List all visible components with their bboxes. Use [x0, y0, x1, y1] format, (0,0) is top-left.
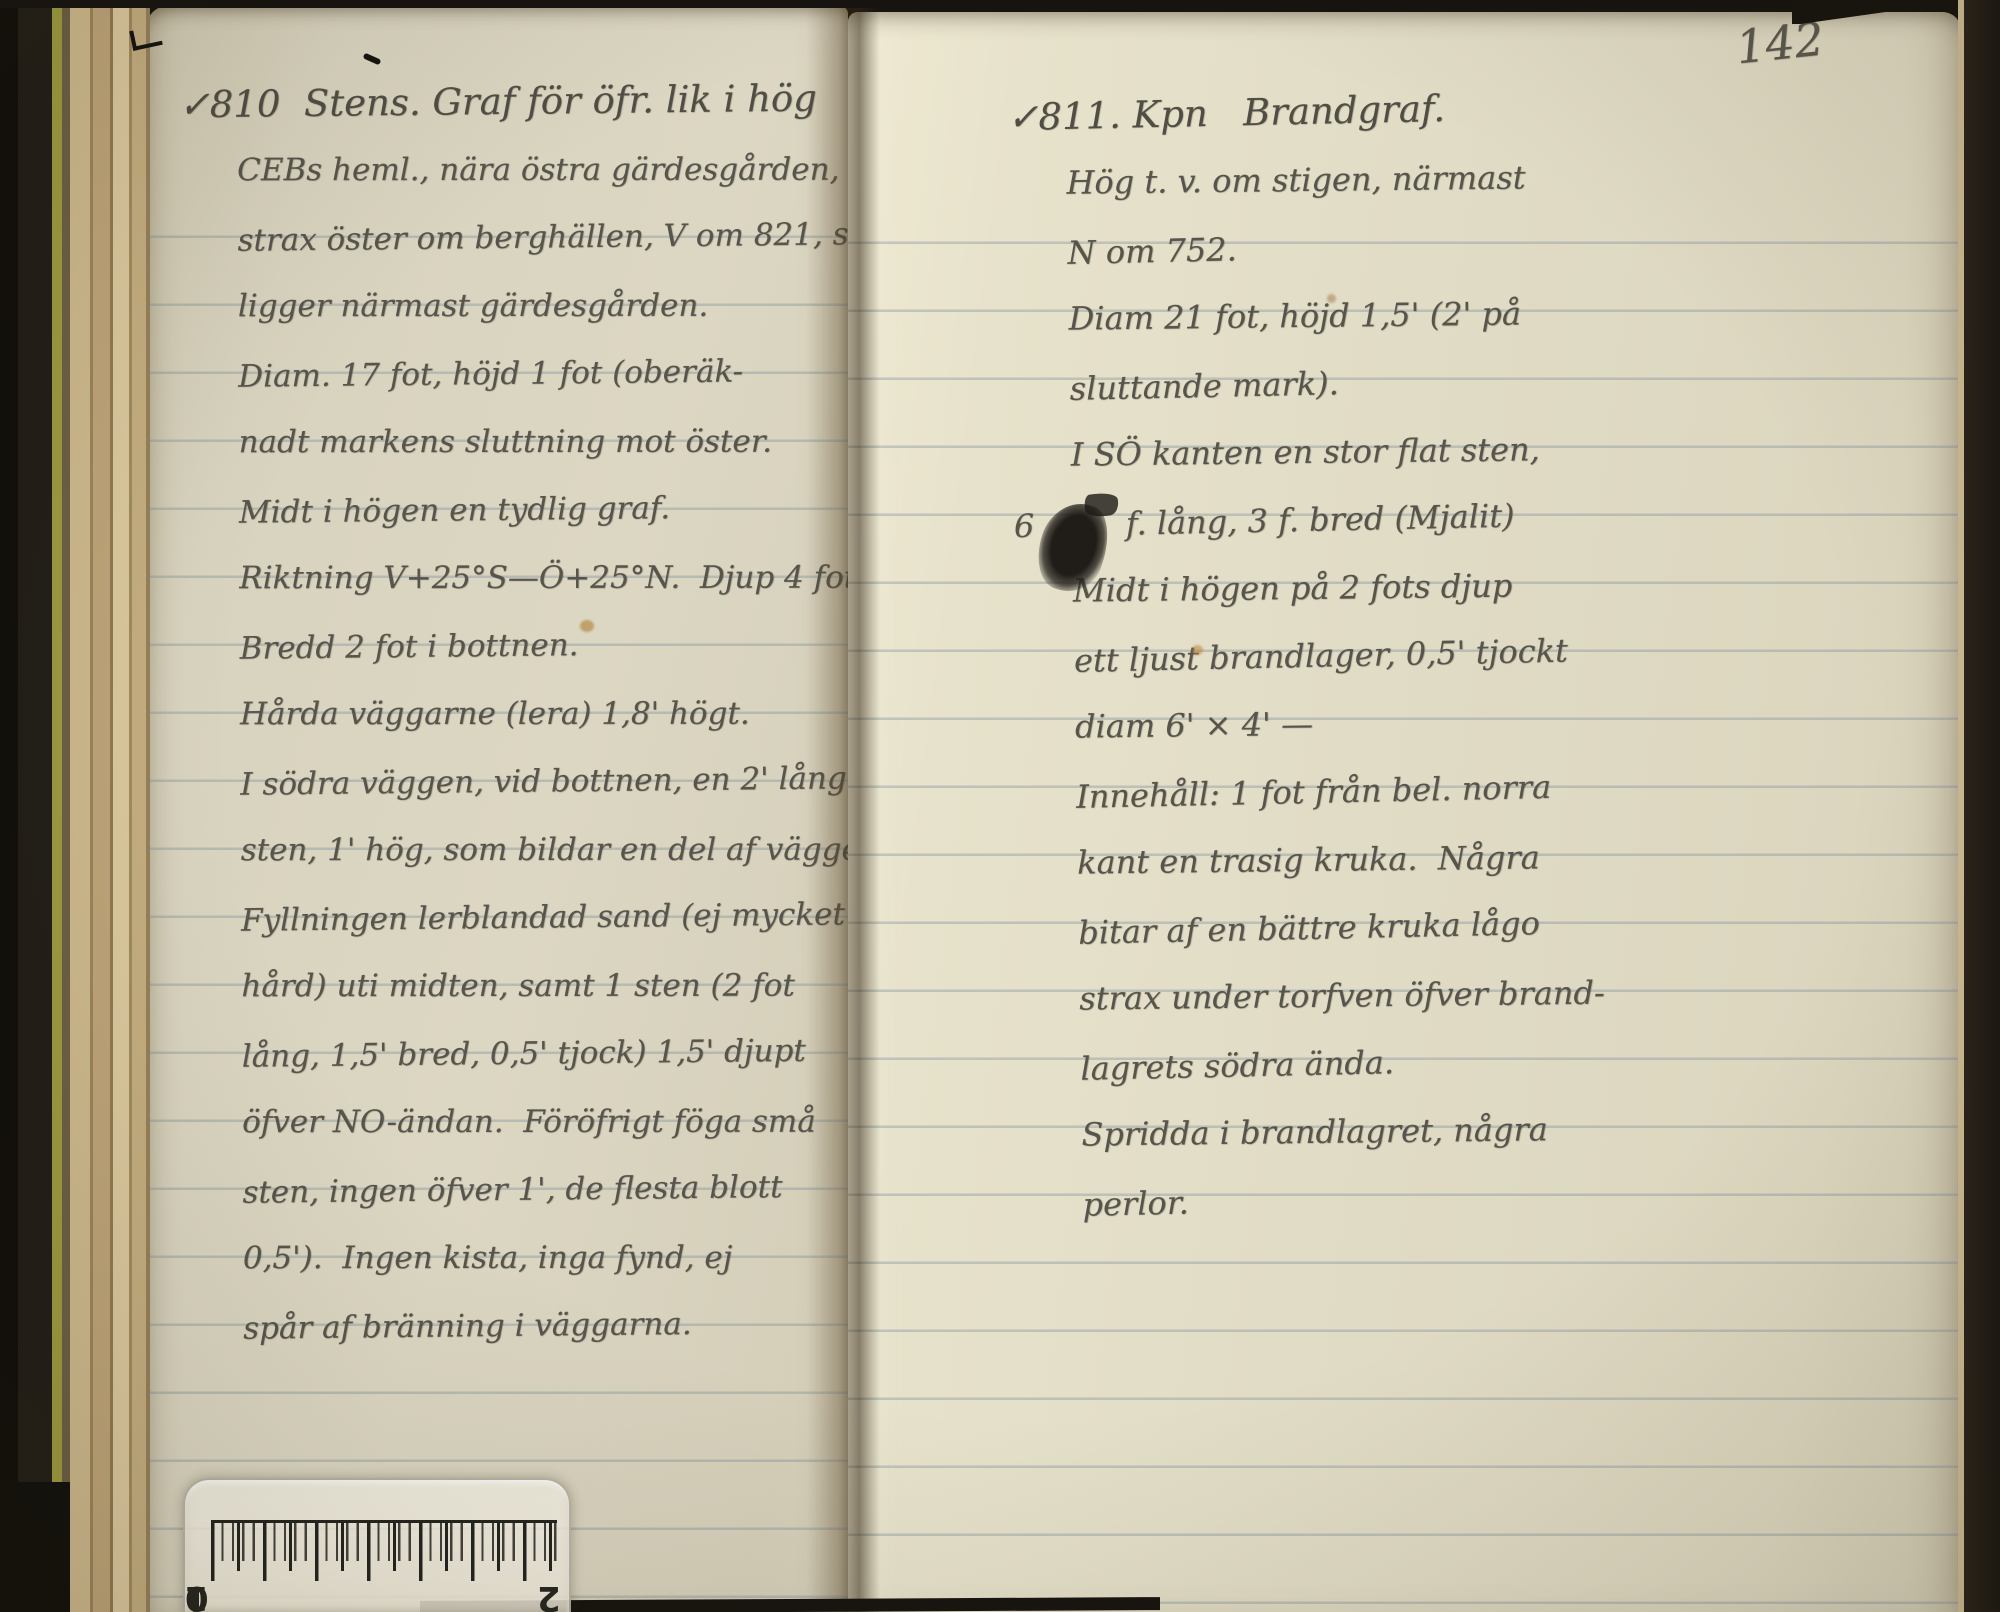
handwriting-line: kant en trasig kruka. Några [1019, 827, 1600, 902]
handwriting-line: ligger närmast gärdesgården. [180, 276, 820, 345]
handwriting-line: sten, ingen öfver 1', de flesta blott [184, 1157, 825, 1232]
handwriting-line: I SÖ kanten en stor flat sten, [1012, 419, 1593, 494]
left-page-text: ✓810 Stens. Graf för öfr. lik i högCEBs … [179, 70, 826, 1365]
scan-top-edge [0, 0, 2000, 8]
scan-bottom-left-corner [0, 1482, 70, 1612]
page-edge-stack [0, 0, 150, 1612]
handwriting-line: bitar af en bättre kruka lågo [1020, 892, 1601, 972]
handwriting-line: Diam. 17 fot, höjd 1 fot (oberäk- [180, 341, 821, 416]
handwriting-line: spår af bränning i väggarna. [185, 1293, 826, 1368]
handwriting-line: ✓811. Kpn Brandgraf. [1007, 76, 1588, 156]
handwriting-line: diam 6' × 4' — [1017, 691, 1598, 766]
handwriting-line: CEBs heml., nära östra gärdesgården, [179, 140, 819, 209]
handwriting-line: nadt markens sluttning mot öster. [181, 412, 821, 481]
scan-top-right-corner [1792, 0, 1962, 24]
handwriting-line: Bredd 2 fot i bottnen. [181, 613, 822, 688]
handwriting-line: Riktning V+25°S—Ö+25°N. Djup 4 fot. [181, 548, 821, 617]
handwriting-line: lång, 1,5' bred, 0,5' tjock) 1,5' djupt [183, 1021, 824, 1096]
ruler-ticks [211, 1520, 557, 1581]
handwriting-line: Midt i högen på 2 fots djup [1015, 555, 1596, 630]
left-page: ✓810 Stens. Graf för öfr. lik i högCEBs … [146, 6, 848, 1612]
handwriting-line: Midt i högen en tydlig graf. [181, 477, 822, 552]
right-page: ✓811. Kpn Brandgraf.Hög t. v. om stigen,… [848, 12, 1962, 1612]
handwriting-line: strax öster om berghällen, V om 821, som [179, 205, 820, 280]
handwriting-line: N om 752. [1009, 212, 1590, 292]
handwriting-line: sluttande mark). [1011, 348, 1592, 428]
handwriting-line: Hårda väggarne (lera) 1,8' högt. [182, 684, 822, 753]
handwriting-line: Innehåll: 1 fot från bel. norra [1017, 756, 1598, 836]
handwriting-line: Diam 21 fot, höjd 1,5' (2' på [1010, 283, 1591, 358]
handwriting-line: ett ljust brandlager, 0,5' tjockt [1015, 620, 1596, 700]
stain [1327, 294, 1336, 303]
handwriting-line: lagrets södra ända. [1022, 1028, 1603, 1108]
handwriting-line: Spridda i brandlagret, några [1023, 1099, 1604, 1174]
notebook-scan: ✓810 Stens. Graf för öfr. lik i högCEBs … [0, 0, 2000, 1612]
handwriting-line: ✓810 Stens. Graf för öfr. lik i hög [178, 69, 819, 144]
stain [580, 620, 594, 632]
scan-right-edge [1958, 0, 2000, 1612]
handwriting-line: sten, 1' hög, som bildar en del af vägge… [183, 820, 823, 889]
right-page-text: ✓811. Kpn Brandgraf.Hög t. v. om stigen,… [1007, 78, 1605, 1243]
handwriting-line: perlor. [1024, 1164, 1605, 1244]
ruler-number: 2 [537, 1578, 561, 1612]
handwriting-line: Fyllningen lerblandad sand (ej mycket [183, 885, 824, 960]
ruler: 210 [183, 1478, 571, 1612]
handwriting-line: hård) uti midten, samt 1 sten (2 fot [183, 956, 823, 1025]
ruler-number: 0 [185, 1578, 209, 1612]
handwriting-line: öfver NO-ändan. Föröfrigt föga små [184, 1092, 824, 1161]
handwriting-line: strax under torfven öfver brand- [1021, 963, 1602, 1038]
handwriting-line: Hög t. v. om stigen, närmast [1008, 147, 1589, 222]
handwriting-line: I södra väggen, vid bottnen, en 2' lång [182, 749, 823, 824]
handwriting-line: 0,5'). Ingen kista, inga fynd, ej [185, 1228, 825, 1297]
stain [1192, 645, 1203, 655]
